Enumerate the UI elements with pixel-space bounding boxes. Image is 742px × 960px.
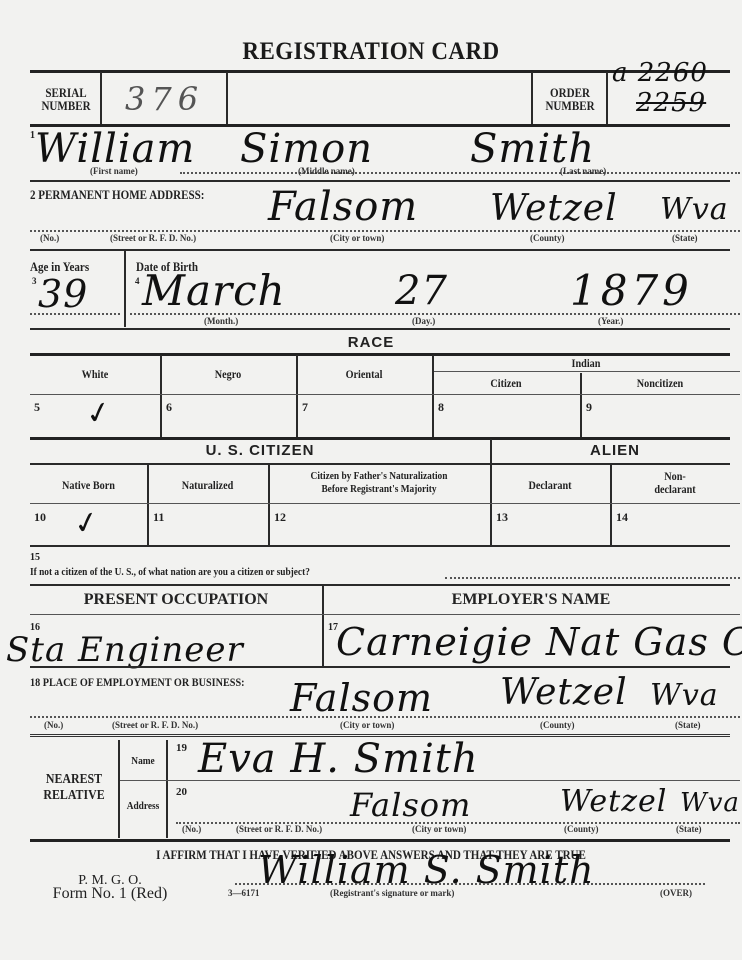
alien-col-declarant: Declarant — [499, 479, 601, 492]
field-number: 4 — [135, 276, 140, 286]
field-number: 6 — [166, 400, 172, 415]
caption-street: (Street or R. F. D. No.) — [112, 720, 198, 730]
occupation-value[interactable]: Sta Engineer — [6, 630, 244, 670]
rule — [30, 614, 740, 615]
relative-county-value[interactable]: Wetzel — [560, 784, 667, 819]
divider — [226, 72, 228, 124]
caption-county: (County) — [530, 233, 565, 243]
divider — [531, 72, 533, 124]
race-col-negro: Negro — [170, 368, 286, 381]
field-number: 8 — [438, 400, 444, 415]
divider — [580, 373, 582, 437]
field-number: 19 — [176, 742, 187, 754]
rule — [30, 463, 730, 465]
caption-city: (City or town) — [330, 233, 384, 243]
field-number: 20 — [176, 786, 187, 798]
registrant-signature[interactable]: William S. Smith — [258, 848, 595, 892]
rule — [30, 584, 730, 586]
caption-no: (No.) — [40, 233, 59, 243]
birth-day-value[interactable]: 27 — [395, 268, 448, 314]
rule — [30, 437, 730, 440]
birth-month-value[interactable]: March — [142, 266, 286, 315]
relative-city-value[interactable]: Falsom — [350, 786, 471, 824]
fathers-naturalization-line-1: Citizen by Father's Naturalization — [285, 470, 474, 483]
nondeclarant-line-2: declarant — [620, 483, 731, 496]
race-heading: RACE — [0, 334, 742, 351]
relative-name-label: Name — [123, 755, 162, 768]
indian-sub-rule — [434, 371, 740, 372]
order-number-struck-value: 2259 — [636, 88, 706, 118]
rule — [30, 249, 730, 251]
alien-col-nondeclarant: Non- declarant — [620, 470, 731, 496]
dotted-line — [30, 313, 120, 315]
us-citizen-heading: U. S. CITIZEN — [30, 442, 490, 459]
relative-state-value[interactable]: Wva — [680, 788, 740, 818]
nation-answer-line[interactable] — [445, 577, 740, 579]
divider — [606, 72, 608, 124]
serial-number-value[interactable]: 376 — [125, 80, 204, 118]
nation-question: If not a citizen of the U. S., of what n… — [30, 566, 310, 579]
field-number: 9 — [586, 400, 592, 415]
nearest-relative-line-1: NEAREST — [37, 772, 112, 788]
divider — [124, 251, 126, 327]
caption-middle-name: (Middle name) — [298, 166, 355, 176]
place-of-employment-label: 18 PLACE OF EMPLOYMENT OR BUSINESS: — [30, 676, 245, 689]
rule — [30, 839, 730, 842]
dotted-line — [130, 313, 740, 315]
rule — [30, 328, 730, 330]
print-code: 3—6171 — [228, 888, 260, 898]
race-col-indian-citizen: Citizen — [443, 377, 569, 390]
age-value[interactable]: 39 — [38, 272, 88, 316]
divider — [432, 355, 434, 437]
caption-county: (County) — [564, 824, 599, 834]
dotted-line — [30, 230, 740, 232]
divider — [118, 740, 120, 838]
caption-city: (City or town) — [412, 824, 466, 834]
caption-day: (Day.) — [412, 316, 435, 326]
rule — [30, 353, 730, 356]
employment-city-value[interactable]: Falsom — [290, 676, 433, 720]
divider — [610, 465, 612, 545]
race-col-oriental: Oriental — [306, 368, 422, 381]
caption-street: (Street or R. F. D. No.) — [236, 824, 322, 834]
caption-state: (State) — [672, 233, 698, 243]
caption-city: (City or town) — [340, 720, 394, 730]
rule — [30, 545, 730, 547]
caption-year: (Year.) — [598, 316, 623, 326]
employment-county-value[interactable]: Wetzel — [500, 672, 628, 713]
field-number: 5 — [34, 400, 40, 415]
fathers-naturalization-line-2: Before Registrant's Majority — [285, 483, 474, 496]
employer-heading: EMPLOYER'S NAME — [322, 591, 740, 609]
divider — [147, 465, 149, 545]
caption-state: (State) — [675, 720, 701, 730]
relative-address-label: Address — [123, 800, 162, 813]
serial-label-line-2: NUMBER — [39, 99, 93, 112]
caption-county: (County) — [540, 720, 575, 730]
race-col-white: White — [40, 368, 151, 381]
field-number: 11 — [153, 510, 164, 525]
nearest-relative-label: NEAREST RELATIVE — [37, 772, 112, 804]
caption-street: (Street or R. F. D. No.) — [110, 233, 196, 243]
dotted-line — [180, 172, 740, 174]
rule — [30, 503, 740, 504]
caption-no: (No.) — [182, 824, 201, 834]
home-state-value[interactable]: Wva — [660, 192, 729, 227]
order-number-label: ORDER NUMBER — [540, 86, 600, 112]
card-title: REGISTRATION CARD — [30, 38, 713, 66]
order-number-value[interactable]: a 2260 — [612, 58, 708, 88]
citizen-col-naturalized: Naturalized — [156, 479, 259, 492]
field-number: 7 — [302, 400, 308, 415]
divider — [100, 72, 102, 124]
rule — [30, 180, 730, 182]
relative-name-value[interactable]: Eva H. Smith — [198, 736, 479, 782]
race-col-indian: Indian — [455, 357, 717, 370]
birth-year-value[interactable]: 1879 — [570, 266, 693, 315]
divider — [160, 355, 162, 437]
field-number: 10 — [34, 510, 46, 525]
employment-state-value[interactable]: Wva — [650, 678, 719, 713]
field-number: 13 — [496, 510, 508, 525]
caption-last-name: (Last name) — [560, 166, 606, 176]
rule — [30, 666, 730, 668]
form-code: P. M. G. O. Form No. 1 (Red) — [30, 874, 190, 900]
field-number: 12 — [274, 510, 286, 525]
field-number: 3 — [32, 276, 37, 286]
divider — [296, 355, 298, 437]
form-line-2: Form No. 1 (Red) — [30, 887, 190, 900]
divider — [166, 740, 168, 838]
home-address-label: 2 PERMANENT HOME ADDRESS: — [30, 188, 204, 201]
order-label-line-2: NUMBER — [540, 99, 600, 112]
signature-caption: (Registrant's signature or mark) — [330, 888, 454, 898]
employer-value[interactable]: Carneigie Nat Gas Co — [336, 620, 742, 664]
home-city-value[interactable]: Falsom — [268, 184, 418, 230]
caption-month: (Month.) — [204, 316, 238, 326]
citizen-col-fathers-naturalization: Citizen by Father's Naturalization Befor… — [285, 470, 474, 496]
caption-no: (No.) — [44, 720, 63, 730]
nearest-relative-line-2: RELATIVE — [37, 788, 112, 804]
dotted-line — [30, 716, 740, 718]
alien-heading: ALIEN — [490, 442, 740, 459]
native-born-checkbox[interactable]: ✓ — [71, 504, 103, 543]
signature-line — [235, 883, 705, 885]
caption-first-name: (First name) — [90, 166, 138, 176]
over-label: (OVER) — [660, 888, 692, 898]
divider — [268, 465, 270, 545]
serial-number-label: SERIAL NUMBER — [39, 86, 93, 112]
field-number: 15 — [30, 552, 40, 563]
race-col-indian-noncitizen: Noncitizen — [592, 377, 728, 390]
caption-state: (State) — [676, 824, 702, 834]
home-county-value[interactable]: Wetzel — [490, 188, 618, 229]
occupation-heading: PRESENT OCCUPATION — [30, 591, 322, 609]
field-number: 14 — [616, 510, 628, 525]
rule — [30, 394, 740, 395]
race-white-checkbox[interactable]: ✓ — [83, 394, 115, 433]
citizen-col-native-born: Native Born — [39, 479, 138, 492]
